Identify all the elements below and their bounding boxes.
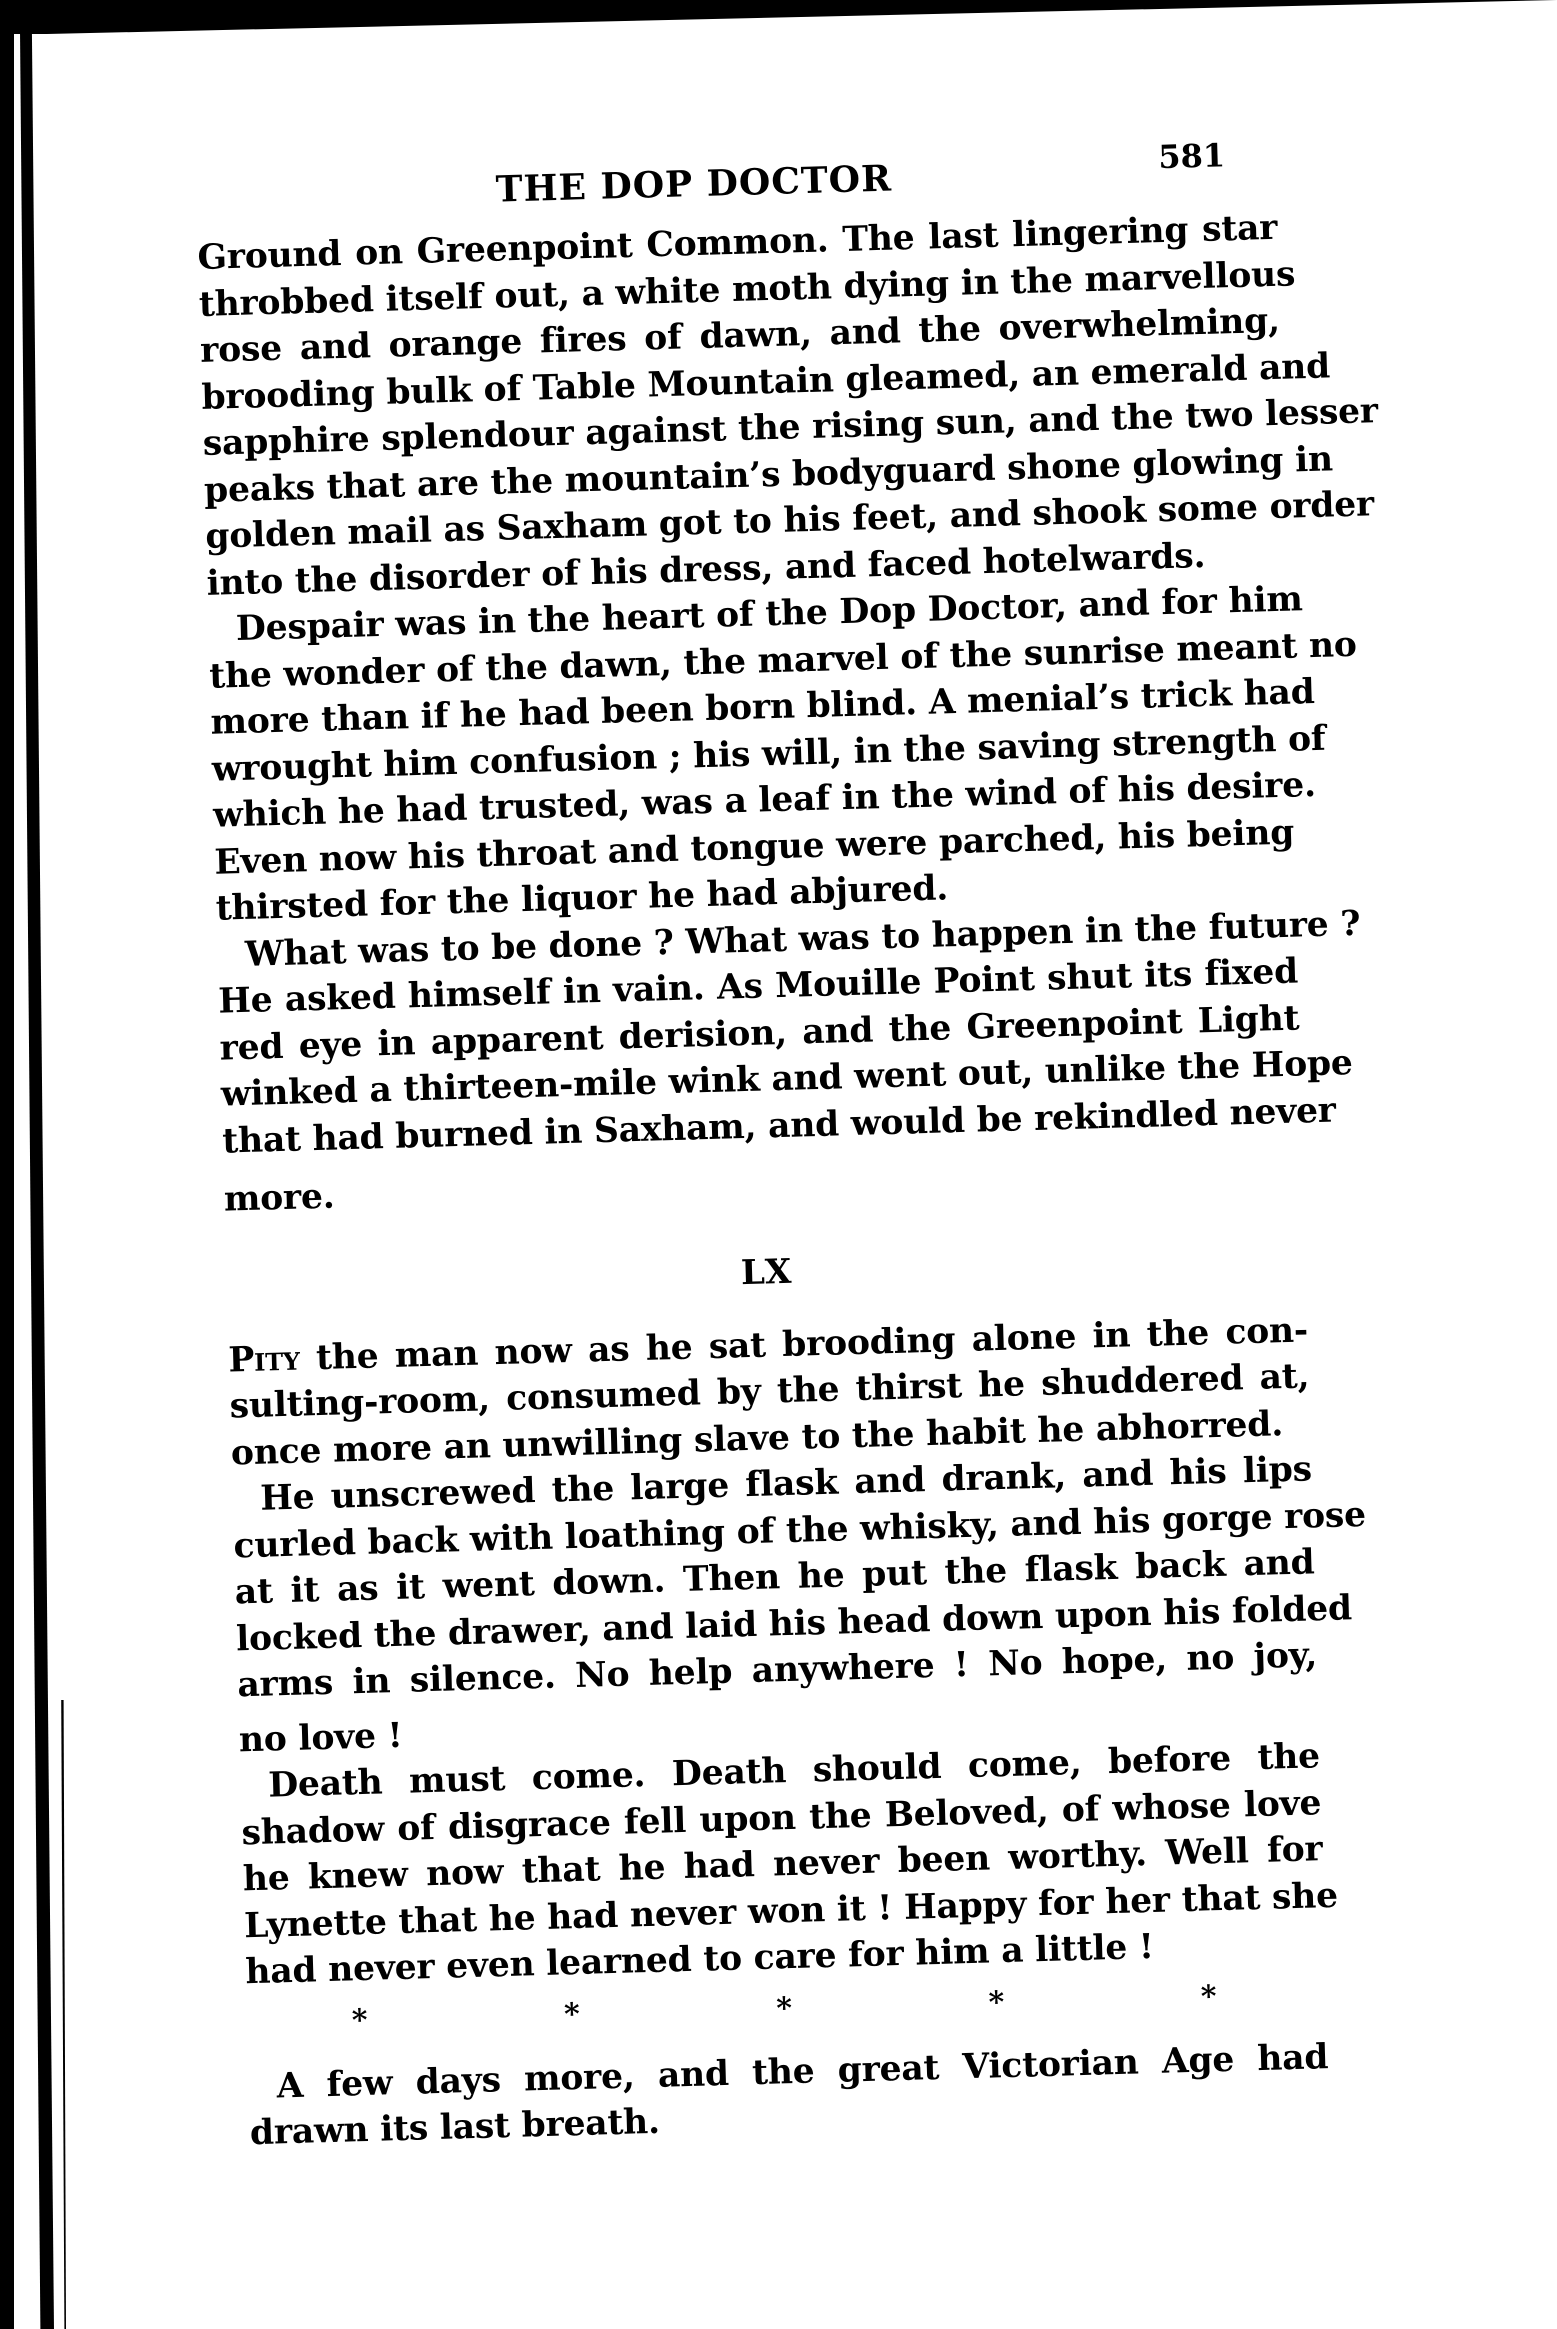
opening-word: Pity (228, 1338, 300, 1380)
paragraph-3: What was to be done ? What was to happen… (216, 902, 1304, 1223)
paragraph-2: Despair was in the heart of the Dop Doct… (207, 577, 1296, 933)
asterisk: * (564, 1996, 581, 2026)
chapter-heading: LX (226, 1237, 1307, 1307)
asterisk: * (1200, 1979, 1217, 2009)
book-binding-line (58, 1700, 66, 2329)
chapter-paragraph-3: Death must come. Death should come, befo… (240, 1733, 1326, 1996)
asterisk: * (351, 2002, 368, 2032)
book-binding-shadow (20, 30, 54, 2329)
scan-edge-top (0, 0, 1557, 34)
paragraph-1: Ground on Greenpoint Common. The last li… (197, 205, 1287, 607)
chapter-paragraph-2: He unscrewed the large flask and drank, … (232, 1446, 1320, 1763)
book-page: THE DOP DOCTOR 581 Ground on Greenpoint … (195, 135, 1330, 2157)
asterisk: * (776, 1991, 793, 2021)
page-number: 581 (1158, 136, 1226, 176)
asterisk: * (988, 1985, 1005, 2015)
running-title: THE DOP DOCTOR (495, 158, 892, 211)
scan-edge-left (0, 0, 14, 2329)
